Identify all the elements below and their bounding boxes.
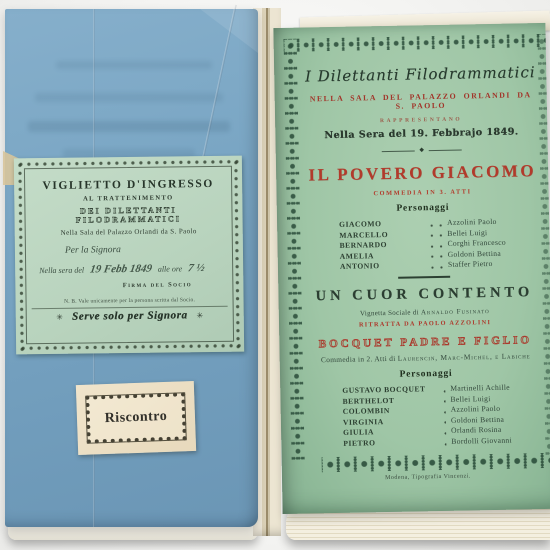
printer-imprint: Modena, Tipografia Vincenzi.: [312, 472, 544, 482]
ticket-border-ornament: [19, 343, 241, 352]
page-crease-diagonal: [199, 5, 236, 172]
cast-actor: Goldoni Bettina: [448, 248, 540, 259]
signature-label: Firma del Socio: [31, 281, 227, 290]
dot-leader: [428, 265, 443, 270]
right-page-playbill: I Dilettanti Filodrammatici NELLA SALA D…: [273, 23, 550, 514]
cast-role: GUSTAVO BOCQUET: [342, 384, 438, 395]
ticket-venue-line: Nella Sala del Palazzo Orlandi da S. Pao…: [31, 227, 227, 237]
handwritten-date: 19 Febb 1849: [89, 263, 153, 276]
play1-genre: COMMEDIA IN 3. ATTI: [306, 187, 538, 198]
performance-date: Nella Sera del 19. Febbrajo 1849.: [305, 126, 537, 141]
handwritten-time: 7 ½: [187, 262, 205, 274]
cast-actor: Martinelli Achille: [450, 382, 542, 393]
dot-leader: [441, 431, 446, 436]
ticket-border-ornament: [233, 159, 241, 349]
dot-leader: [440, 388, 445, 393]
dot-leader: [441, 410, 446, 415]
present-line: RAPPRESENTANO: [305, 115, 537, 125]
play2-author: Arnaldo Fusinato: [421, 307, 490, 316]
play3-authors: Laurencin, Marc-Michel, e Labiche: [398, 351, 531, 363]
cast-role: PIETRO: [343, 437, 439, 448]
printed-text: Nella sera del: [39, 266, 84, 276]
cast-role: MARCELLO: [339, 229, 425, 240]
cast-actor: Orlandi Rosina: [451, 424, 543, 435]
cast-actor: Bordolli Giovanni: [451, 435, 543, 446]
playbill-border-bottom: [322, 452, 550, 471]
printed-text: alle ore: [158, 264, 182, 273]
ticket-subtitle: AL TRATTENIMENTO: [30, 194, 226, 203]
play2-subtitle-pre: Vignetta Sociale di: [360, 308, 421, 317]
ticket-border-ornament: [17, 161, 25, 351]
play3-cast-label: Personaggi: [310, 367, 542, 381]
cast-role: COLOMBIN: [343, 405, 439, 416]
diamond-ornament-icon: ◆: [419, 147, 424, 153]
cast-actor: Azzolini Paolo: [447, 216, 539, 227]
dot-leader: [428, 254, 443, 259]
cast-role: AMELIA: [340, 250, 426, 261]
rule-divider: [398, 276, 450, 279]
photo-backdrop: VIGLIETTO D'INGRESSO AL TRATTENIMENTO DE…: [0, 0, 550, 550]
play1-cast-label: Personaggi: [307, 201, 539, 215]
dot-leader: [427, 223, 442, 228]
cast-role: ANTONIO: [340, 261, 426, 272]
play3-genre: Commedia in 2. Atti di Laurencin, Marc-M…: [310, 351, 542, 364]
play2-title: UN CUOR CONTENTO: [308, 284, 540, 305]
dot-leader: [427, 233, 442, 238]
play2-subtitle: Vignetta Sociale di Arnaldo Fusinato: [309, 306, 541, 318]
dot-leader: [428, 244, 443, 249]
ticket-content: VIGLIETTO D'INGRESSO AL TRATTENIMENTO DE…: [30, 168, 228, 342]
left-page: VIGLIETTO D'INGRESSO AL TRATTENIMENTO DE…: [5, 9, 258, 527]
cast-actor: Bellei Luigi: [450, 393, 542, 404]
playbill-content: I Dilettanti Filodrammatici NELLA SALA D…: [304, 49, 544, 482]
cast-actor: Bellei Luigi: [447, 227, 539, 238]
play3-cast-list: GUSTAVO BOCQUET Martinelli Achille BERTH…: [342, 382, 543, 449]
cast-role: BERNARDO: [339, 239, 425, 250]
play1-cast-list: GIACOMO Azzolini Paolo MARCELLO Bellei L…: [339, 216, 540, 273]
admission-ticket: VIGLIETTO D'INGRESSO AL TRATTENIMENTO DE…: [14, 156, 244, 355]
riscontro-stub: Riscontro: [76, 381, 196, 455]
flower-ornament-icon: ✳: [56, 312, 63, 321]
showthrough-line: [56, 61, 213, 69]
dot-leader: [441, 420, 446, 425]
dot-leader: [441, 441, 446, 446]
play3-genre-pre: Commedia in 2. Atti di: [321, 354, 398, 364]
ticket-date-line: Nella sera del 19 Febb 1849 alle ore 7 ½: [39, 262, 227, 276]
ticket-addressee: Per la Signora: [65, 244, 227, 256]
cast-actor: Azzolini Paolo: [451, 403, 543, 414]
ticket-footer-label: Serve solo per Signora: [72, 309, 188, 322]
cast-actor: Corghi Francesco: [447, 237, 539, 248]
flower-ornament-icon: ✳: [196, 311, 203, 320]
cast-role: VIRGINIA: [343, 416, 439, 427]
playbill-border-left: [284, 39, 305, 462]
ticket-note: N. B. Vale unicamente per la persona scr…: [32, 297, 228, 305]
cast-role: GIACOMO: [339, 218, 425, 229]
cast-role: GIULIA: [343, 426, 439, 437]
showthrough-line: [28, 121, 230, 132]
play1-title: IL POVERO GIACOMO: [306, 161, 538, 185]
play3-title: BOCQUET PADRE E FIGLIO: [309, 334, 541, 350]
section-divider: ◆: [382, 147, 462, 155]
venue-line: NELLA SALA DEL PALAZZO ORLANDI DA S. PAO…: [305, 90, 537, 112]
ticket-footer-strip: ✳ Serve solo per Signora ✳: [32, 306, 228, 323]
cast-actor: Staffer Pietro: [448, 258, 540, 269]
ticket-border-ornament: [17, 159, 239, 168]
showthrough-line: [35, 93, 222, 102]
stub-label: Riscontro: [104, 409, 167, 427]
play2-credit: RITRATTA DA PAOLO AZZOLINI: [309, 318, 541, 329]
cast-role: BERTHELOT: [342, 395, 438, 406]
ticket-society-line: DEI DILETTANTI FILODRAMMATICI: [30, 205, 226, 225]
troupe-name: I Dilettanti Filodrammatici: [304, 63, 536, 85]
dot-leader: [441, 399, 446, 404]
stub-chain-border: Riscontro: [85, 392, 187, 443]
ticket-title: VIGLIETTO D'INGRESSO: [30, 178, 226, 192]
cast-actor: Goldoni Bettina: [451, 414, 543, 425]
